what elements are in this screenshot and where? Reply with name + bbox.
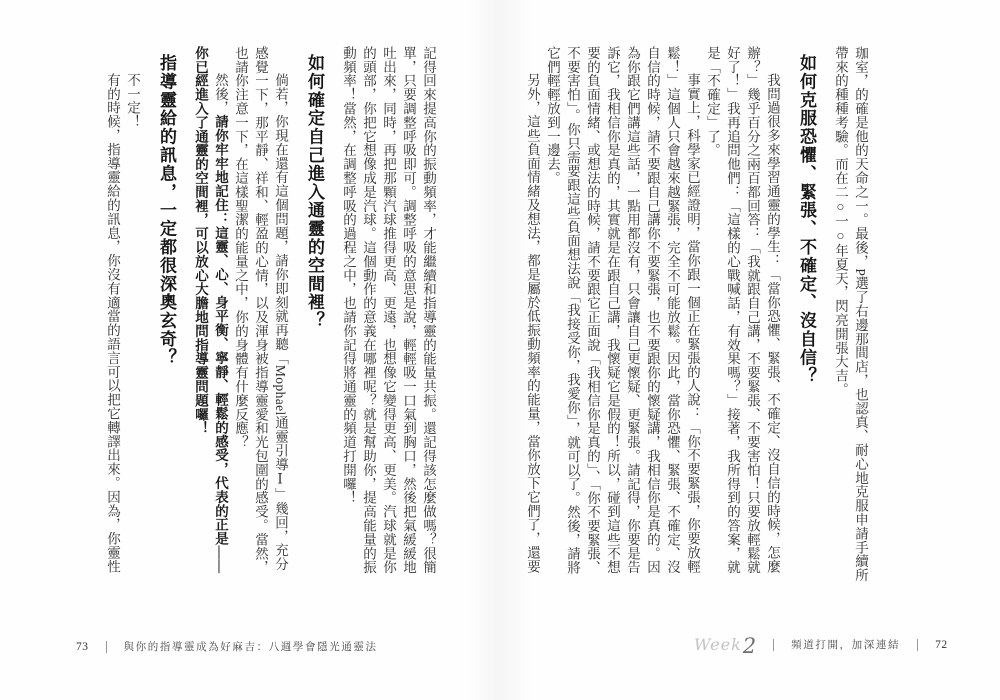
section-heading-overcome-fear: 如何克服恐懼、緊張、不確定、沒自信？ — [794, 54, 818, 583]
continuation-paragraph: 記得回來提高你的振動頻率，才能繼續和指導靈的能量共振。還記得該怎麼做嗎？很簡單，… — [338, 46, 438, 583]
footer-divider — [773, 639, 774, 651]
paragraph: 事實上，科學家已經證明，當你跟一個正在緊張的人說：「你不要緊張，你要放輕鬆！」這… — [542, 46, 702, 583]
paragraph: 我問過很多來學習通靈的學生：「當你恐懼、緊張、不確定、沒自信的時候，怎麼辦？」幾… — [702, 46, 782, 583]
book-title: 與你的指導靈成為好麻吉：八週學會隱光通靈法 — [124, 639, 378, 654]
week-label: Week 2 — [694, 635, 756, 654]
paragraph-lead: 然後， — [213, 73, 228, 115]
section-heading-spirit-messages: 指導靈給的訊息，一定都很深奧玄奇？ — [154, 54, 178, 583]
chapter-title: 頻道打開，加深連結 — [791, 637, 900, 652]
section-heading-channeling-space: 如何確定自己進入通靈的空間裡？ — [302, 54, 326, 583]
footer-right: Week 2 頻道打開，加深連結 72 — [694, 635, 948, 654]
page-number-right: 72 — [935, 639, 948, 651]
book-spread: 珈室，的確是他的天命之一。最後，P選了右邊那間店，也認真、耐心地克服申請手續所帶… — [0, 0, 1000, 700]
continuation-paragraph: 珈室，的確是他的天命之一。最後，P選了右邊那間店，也認真、耐心地克服申請手續所帶… — [830, 46, 870, 583]
paragraph: 有的時候，指導靈給的訊息，你沒有適當的語言可以把它轉譯出來。因為，你靈性 — [102, 46, 122, 583]
paragraph: 不一定！ — [122, 46, 142, 583]
week-number: 2 — [743, 638, 756, 654]
paragraph-emphasis: 請你牢牢地記住：這靈、心、身平衡、寧靜、輕鬆的感受，代表的正是——你已經進入了通… — [193, 46, 228, 573]
footer-divider — [106, 641, 107, 653]
page-left-body-text: 記得回來提高你的振動頻率，才能繼續和指導靈的能量共振。還記得該怎麼做嗎？很簡單，… — [102, 46, 438, 583]
paragraph: 另外，這些負面情緒及想法，都是屬於低振動頻率的能量，當你放下它們了，還要 — [522, 46, 542, 583]
page-right-body-text: 珈室，的確是他的天命之一。最後，P選了右邊那間店，也認真、耐心地克服申請手續所帶… — [522, 46, 870, 583]
page-number-left: 73 — [76, 641, 89, 653]
week-word: Week — [694, 635, 742, 654]
paragraph-with-emphasis: 然後，請你牢牢地記住：這靈、心、身平衡、寧靜、輕鬆的感受，代表的正是——你已經進… — [190, 46, 230, 583]
paragraph: 倘若，你現在還有這個問題，請你即刻就再聽「Mophael通靈引導Ⅰ」幾回，充分感… — [230, 46, 290, 583]
footer-divider — [917, 639, 918, 651]
footer-left: 73 與你的指導靈成為好麻吉：八週學會隱光通靈法 — [76, 639, 378, 654]
